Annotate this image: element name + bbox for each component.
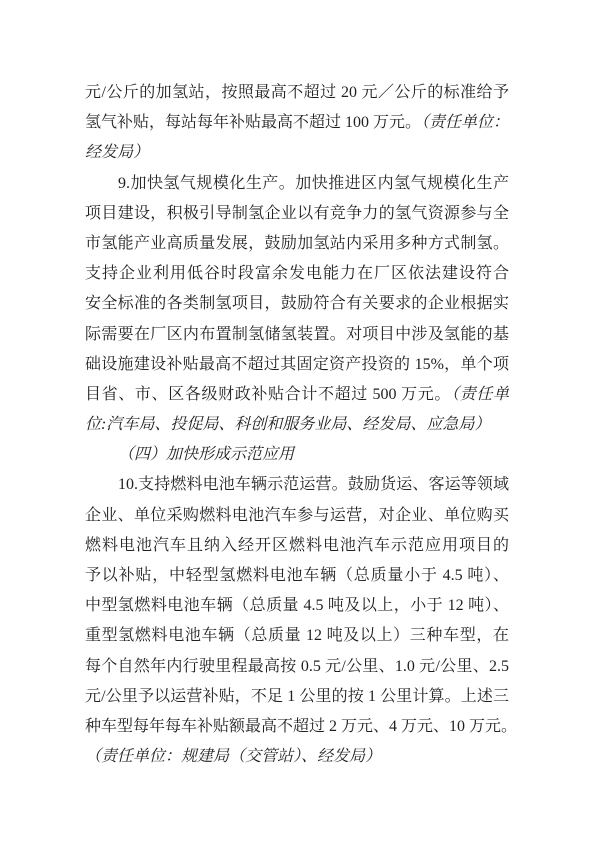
responsible-unit-text: （责任单 — [451, 386, 509, 403]
body-text: 元/公里予以运营补贴，不足 1 公里的按 1 公里计算。上述三 — [85, 688, 509, 705]
text-line: 市氢能产业高质量发展，鼓励加氢站内采用多种方式制氢。 — [85, 229, 509, 259]
text-line: 氢气补贴，每站每年补贴最高不超过 100 万元。（责任单位： — [85, 108, 509, 138]
text-line: 每个自然年内行驶里程最高按 0.5 元/公里、1.0 元/公里、2.5 — [85, 652, 509, 682]
text-line: 燃料电池汽车且纳入经开区燃料电池汽车示范应用项目的 — [85, 531, 509, 561]
text-line: 元/公斤的加氢站，按照最高不超过 20 元／公斤的标准给予 — [85, 78, 509, 108]
text-line: 10.支持燃料电池车辆示范运营。鼓励货运、客运等领域 — [85, 470, 509, 500]
body-text: 安全标准的各类制氢项目，鼓励符合有关要求的企业根据实 — [85, 295, 509, 312]
text-line: 支持企业利用低谷时段富余发电能力在厂区依法建设符合 — [85, 259, 509, 289]
body-text: 市氢能产业高质量发展，鼓励加氢站内采用多种方式制氢。 — [85, 235, 509, 252]
body-text: 种车型每年每车补贴额最高不超过 2 万元、4 万元、10 万元。 — [85, 718, 517, 735]
responsible-unit-text: （责任单位： — [421, 114, 509, 131]
text-line: 种车型每年每车补贴额最高不超过 2 万元、4 万元、10 万元。 — [85, 712, 509, 742]
body-text: 础设施建设补贴最高不超过其固定资产投资的 15%，单个项 — [85, 356, 509, 373]
body-text: 企业、单位采购燃料电池汽车参与运营，对企业、单位购买 — [85, 507, 509, 524]
body-text: 9.加快氢气规模化生产。加快推进区内氢气规模化生产 — [118, 175, 509, 192]
body-text: 氢气补贴，每站每年补贴最高不超过 100 万元。 — [85, 114, 421, 131]
text-line: 经发局） — [85, 138, 509, 168]
text-line: 9.加快氢气规模化生产。加快推进区内氢气规模化生产 — [85, 169, 509, 199]
body-text: 目省、市、区各级财政补贴合计不超过 500 万元。 — [85, 386, 451, 403]
body-text: 燃料电池汽车且纳入经开区燃料电池汽车示范应用项目的 — [85, 537, 509, 554]
text-line: 安全标准的各类制氢项目，鼓励符合有关要求的企业根据实 — [85, 289, 509, 319]
responsible-unit-text: 经发局） — [85, 144, 149, 161]
text-line: 础设施建设补贴最高不超过其固定资产投资的 15%，单个项 — [85, 350, 509, 380]
text-line: （四）加快形成示范应用 — [85, 440, 509, 470]
responsible-unit-text: 位:汽车局、投促局、科创和服务业局、经发局、应急局） — [85, 416, 490, 433]
body-text: 中型氢燃料电池车辆（总质量 4.5 吨及以上，小于 12 吨）、 — [85, 597, 509, 614]
text-line: 予以补贴，中轻型氢燃料电池车辆（总质量小于 4.5 吨）、 — [85, 561, 509, 591]
body-text: 10.支持燃料电池车辆示范运营。鼓励货运、客运等领域 — [118, 476, 509, 493]
responsible-unit-text: （责任单位：规建局（交管站）、经发局） — [85, 748, 381, 765]
body-text: 重型氢燃料电池车辆（总质量 12 吨及以上）三种车型，在 — [85, 627, 509, 644]
text-line: 元/公里予以运营补贴，不足 1 公里的按 1 公里计算。上述三 — [85, 682, 509, 712]
text-line: 际需要在厂区内布置制氢储氢装置。对项目中涉及氢能的基 — [85, 320, 509, 350]
text-line: 目省、市、区各级财政补贴合计不超过 500 万元。（责任单 — [85, 380, 509, 410]
text-block: 元/公斤的加氢站，按照最高不超过 20 元／公斤的标准给予氢气补贴，每站每年补贴… — [85, 78, 509, 772]
body-text: 支持企业利用低谷时段富余发电能力在厂区依法建设符合 — [85, 265, 509, 282]
text-line: 位:汽车局、投促局、科创和服务业局、经发局、应急局） — [85, 410, 509, 440]
body-text: 予以补贴，中轻型氢燃料电池车辆（总质量小于 4.5 吨）、 — [85, 567, 509, 584]
body-text: 际需要在厂区内布置制氢储氢装置。对项目中涉及氢能的基 — [85, 326, 509, 343]
body-text: 项目建设，积极引导制氢企业以有竞争力的氢气资源参与全 — [85, 205, 509, 222]
text-line: 项目建设，积极引导制氢企业以有竞争力的氢气资源参与全 — [85, 199, 509, 229]
text-line: 中型氢燃料电池车辆（总质量 4.5 吨及以上，小于 12 吨）、 — [85, 591, 509, 621]
document-page: 元/公斤的加氢站，按照最高不超过 20 元／公斤的标准给予氢气补贴，每站每年补贴… — [0, 0, 600, 849]
responsible-unit-text: （四）加快形成示范应用 — [118, 446, 294, 463]
text-line: （责任单位：规建局（交管站）、经发局） — [85, 742, 509, 772]
body-text: 元/公斤的加氢站，按照最高不超过 20 元／公斤的标准给予 — [85, 84, 509, 101]
body-text: 每个自然年内行驶里程最高按 0.5 元/公里、1.0 元/公里、2.5 — [85, 658, 509, 675]
text-line: 重型氢燃料电池车辆（总质量 12 吨及以上）三种车型，在 — [85, 621, 509, 651]
text-line: 企业、单位采购燃料电池汽车参与运营，对企业、单位购买 — [85, 501, 509, 531]
